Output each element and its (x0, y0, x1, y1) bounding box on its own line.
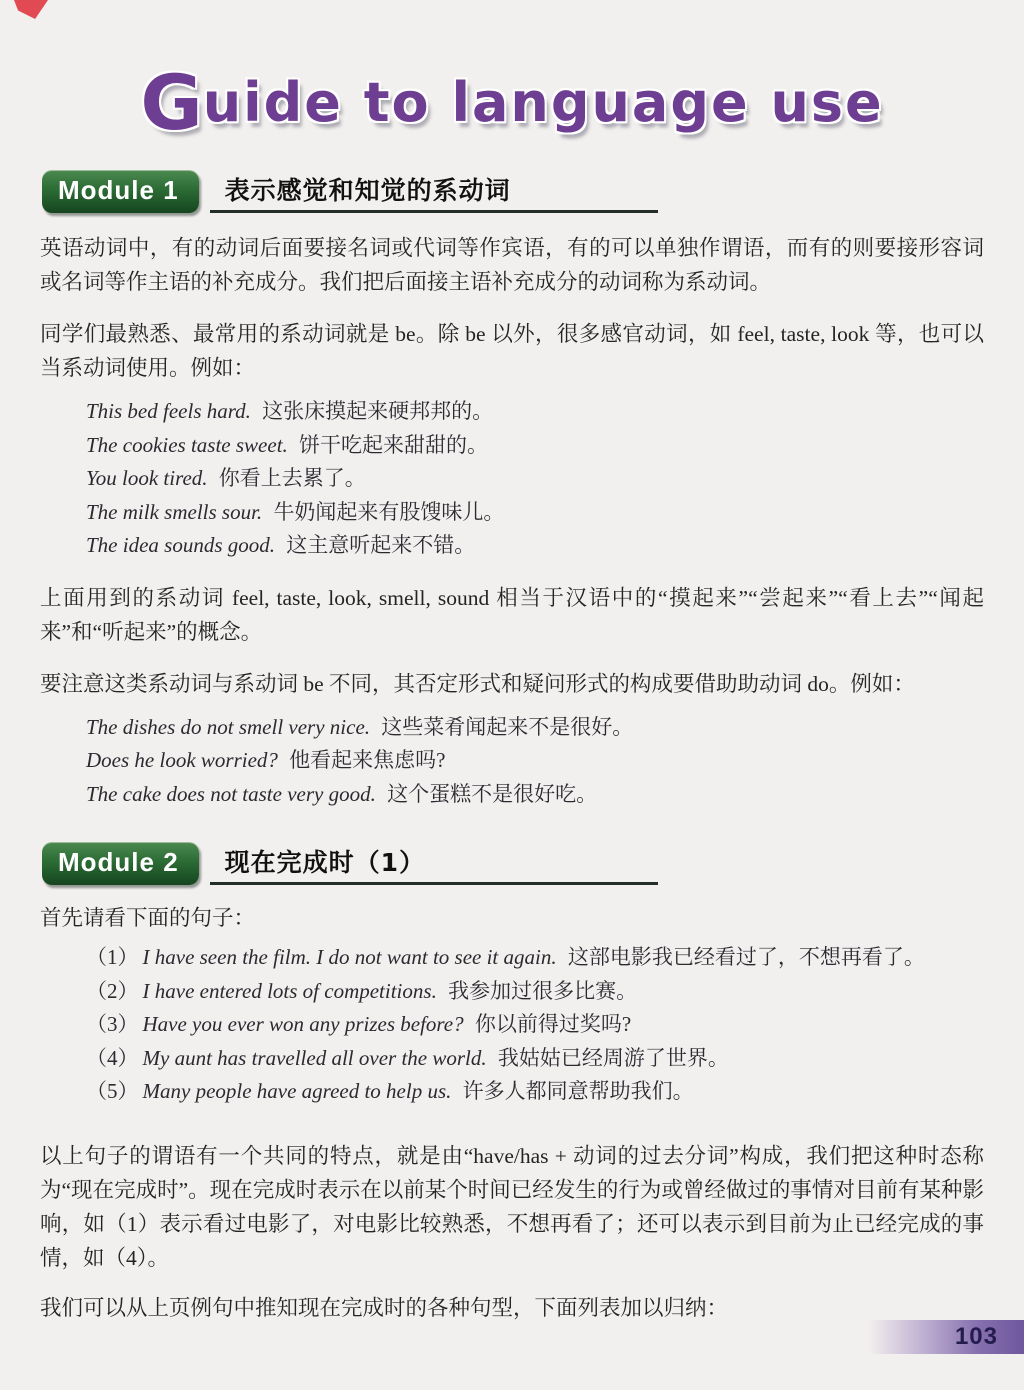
example-english: The dishes do not smell very nice. (86, 715, 370, 739)
example-sentence: You look tired. 你看上去累了。 (40, 462, 984, 496)
example-chinese: 我参加过很多比赛。 (448, 979, 637, 1003)
module1-examples-2: The dishes do not smell very nice. 这些菜肴闻… (40, 711, 984, 812)
module1-heading: 表示感觉和知觉的系动词 (225, 171, 511, 211)
example-sentence: The cookies taste sweet. 饼干吃起来甜甜的。 (40, 429, 984, 463)
example-sentence: The dishes do not smell very nice. 这些菜肴闻… (40, 711, 984, 745)
module2-intro: 首先请看下面的句子： (40, 901, 984, 935)
example-sentence: The cake does not taste very good. 这个蛋糕不… (40, 778, 984, 812)
module1-badge: Module 1 (42, 170, 199, 213)
example-sentence: This bed feels hard. 这张床摸起来硬邦邦的。 (40, 395, 984, 429)
page-title: Guide to language use (140, 58, 883, 147)
example-chinese: 你看上去累了。 (219, 466, 366, 490)
example-english: The cake does not taste very good. (86, 782, 376, 806)
page-number: 103 (955, 1323, 998, 1351)
example-chinese: 这张床摸起来硬邦邦的。 (262, 399, 493, 423)
page-title-wrap: Guide to language use (40, 0, 984, 147)
module1-para-2: 同学们最熟悉、最常用的系动词就是 be。除 be 以外，很多感官动词，如 fee… (40, 317, 984, 385)
example-chinese: 你以前得过奖吗? (475, 1012, 631, 1036)
numbered-example: （2）I have entered lots of competitions. … (40, 975, 984, 1009)
module1-para-3: 上面用到的系动词 feel, taste, look, smell, sound… (40, 581, 984, 649)
module2-heading: 现在完成时（1） (225, 843, 425, 883)
page-number-bar: 103 (868, 1320, 1024, 1354)
example-number: （1） (86, 945, 139, 969)
title-initial-g: G (140, 58, 202, 147)
example-chinese: 饼干吃起来甜甜的。 (299, 433, 488, 457)
example-english: The cookies taste sweet. (86, 433, 288, 457)
example-number: （5） (86, 1079, 139, 1103)
example-sentence: The milk smells sour. 牛奶闻起来有股馊味儿。 (40, 496, 984, 530)
textbook-page: Guide to language use Module 1 表示感觉和知觉的系… (0, 0, 1024, 1390)
example-english: I have seen the film. I do not want to s… (143, 945, 557, 969)
example-english: I have entered lots of competitions. (143, 979, 437, 1003)
example-sentence: The idea sounds good. 这主意听起来不错。 (40, 529, 984, 563)
module2-underline (210, 882, 658, 885)
example-chinese: 牛奶闻起来有股馊味儿。 (273, 500, 504, 524)
example-number: （4） (86, 1046, 139, 1070)
numbered-example: （4）My aunt has travelled all over the wo… (40, 1042, 984, 1076)
module1-examples-1: This bed feels hard. 这张床摸起来硬邦邦的。 The coo… (40, 395, 984, 563)
example-english: Have you ever won any prizes before? (143, 1012, 464, 1036)
example-chinese: 这个蛋糕不是很好吃。 (387, 782, 597, 806)
example-english: The idea sounds good. (86, 533, 275, 557)
module1-para-4: 要注意这类系动词与系动词 be 不同，其否定形式和疑问形式的构成要借助助动词 d… (40, 667, 984, 701)
numbered-example: （5）Many people have agreed to help us. 许… (40, 1075, 984, 1109)
module2-badge: Module 2 (42, 842, 199, 885)
module2-header: Module 2 现在完成时（1） (42, 841, 984, 885)
numbered-example: （3）Have you ever won any prizes before? … (40, 1008, 984, 1042)
example-chinese: 这部电影我已经看过了，不想再看了。 (568, 945, 925, 969)
example-chinese: 许多人都同意帮助我们。 (463, 1079, 694, 1103)
example-english: Does he look worried? (86, 748, 278, 772)
example-chinese: 他看起来焦虑吗? (289, 748, 445, 772)
example-number: （3） (86, 1012, 139, 1036)
example-number: （2） (86, 979, 139, 1003)
example-english: This bed feels hard. (86, 399, 251, 423)
example-chinese: 我姑姑已经周游了世界。 (498, 1046, 729, 1070)
numbered-example: （1）I have seen the film. I do not want t… (40, 941, 984, 975)
example-english: My aunt has travelled all over the world… (143, 1046, 487, 1070)
example-chinese: 这主意听起来不错。 (286, 533, 475, 557)
module1-header: Module 1 表示感觉和知觉的系动词 (42, 169, 984, 213)
title-rest: uide to language use (203, 71, 884, 134)
example-english: Many people have agreed to help us. (143, 1079, 452, 1103)
example-chinese: 这些菜肴闻起来不是很好。 (381, 715, 633, 739)
module1-para-1: 英语动词中，有的动词后面要接名词或代词等作宾语，有的可以单独作谓语，而有的则要接… (40, 231, 984, 299)
module2-examples: （1）I have seen the film. I do not want t… (40, 941, 984, 1109)
example-sentence: Does he look worried? 他看起来焦虑吗? (40, 744, 984, 778)
module1-underline (210, 210, 658, 213)
module2-para-2: 我们可以从上页例句中推知现在完成时的各种句型，下面列表加以归纳： (40, 1291, 984, 1325)
module2-para-1: 以上句子的谓语有一个共同的特点，就是由“have/has + 动词的过去分词”构… (40, 1139, 984, 1275)
example-english: You look tired. (86, 466, 208, 490)
example-english: The milk smells sour. (86, 500, 262, 524)
